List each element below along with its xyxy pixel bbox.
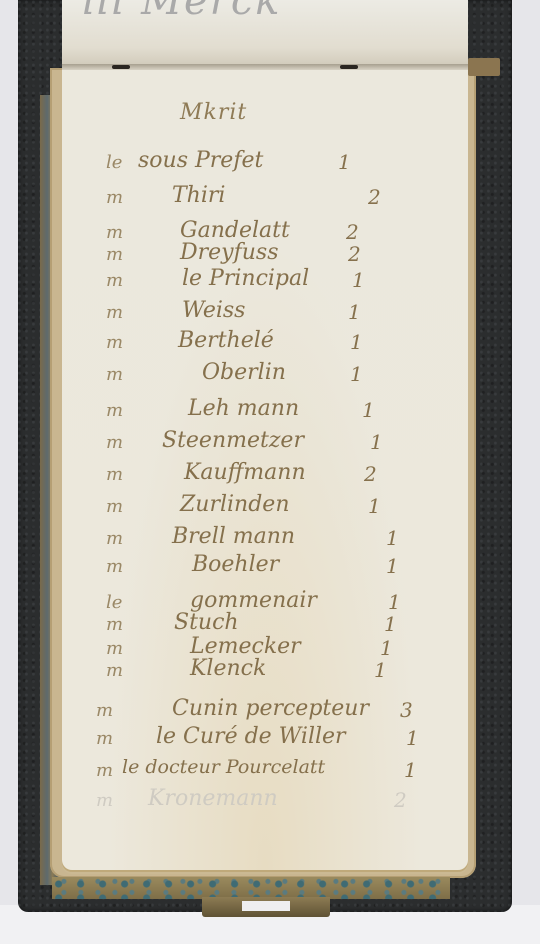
entry-title: m [106, 464, 123, 485]
entry-name: Steenmetzer [162, 428, 304, 453]
list-item: m Kauffmann 2 [62, 460, 468, 488]
entry-count: 1 [348, 300, 361, 324]
list-item: m Dreyfuss 2 [62, 240, 468, 268]
list-item: m Thiri 2 [62, 183, 468, 211]
entry-count: 1 [406, 726, 419, 750]
entry-count: 1 [386, 554, 399, 578]
list-item-faint: m Kronemann 2 [62, 786, 468, 814]
entry-title: m [96, 728, 113, 749]
entry-title: m [96, 760, 113, 781]
entry-name: Kauffmann [184, 460, 306, 485]
list-item: m Klenck 1 [62, 656, 468, 684]
binding-tab [468, 58, 500, 76]
entry-count: 2 [368, 185, 381, 209]
entry-title: m [96, 790, 113, 811]
entry-count: 2 [394, 788, 407, 812]
entry-count: 1 [352, 268, 365, 292]
metal-clasp [202, 897, 330, 917]
entry-count: 2 [364, 462, 377, 486]
entry-name: Cunin percepteur [172, 696, 369, 721]
entry-count: 2 [348, 242, 361, 266]
entry-title: m [106, 614, 123, 635]
entry-name: le Curé de Willer [156, 724, 346, 749]
entry-count: 1 [362, 398, 375, 422]
list-item: m Boehler 1 [62, 552, 468, 580]
list-item: m le Curé de Willer 1 [62, 724, 468, 752]
entry-count: 1 [368, 494, 381, 518]
entry-title: m [106, 432, 123, 453]
entry-name: Boehler [192, 552, 279, 577]
entry-name: Thiri [172, 183, 225, 208]
entry-title: m [106, 660, 123, 681]
entry-name: Zurlinden [180, 492, 289, 517]
entry-title: m [106, 332, 123, 353]
list-item: m Zurlinden 1 [62, 492, 468, 520]
entry-name: Leh mann [188, 396, 299, 421]
entry-name: Brell mann [172, 524, 295, 549]
list-item: le sous Prefet 1 [62, 148, 468, 176]
previous-leaf-text: ill Merck [82, 0, 281, 24]
entry-count: 1 [338, 150, 351, 174]
list-item: m Oberlin 1 [62, 360, 468, 388]
entry-title: m [106, 244, 123, 265]
list-item: m Berthelé 1 [62, 328, 468, 356]
entry-title: m [106, 528, 123, 549]
entry-count: 1 [374, 658, 387, 682]
list-item: m Weiss 1 [62, 298, 468, 326]
entry-count: 1 [370, 430, 383, 454]
entry-name: Weiss [182, 298, 245, 323]
entry-title: le [106, 152, 122, 173]
entry-name: sous Prefet [138, 148, 263, 173]
binding-hole-right [340, 65, 358, 69]
entry-title: m [106, 364, 123, 385]
list-item: m le Principal 1 [62, 266, 468, 294]
entry-name: le docteur Pourcelatt [122, 756, 325, 778]
clasp-slot [242, 901, 290, 911]
entry-title: m [106, 302, 123, 323]
entry-count: 1 [404, 758, 417, 782]
entry-count: 3 [400, 698, 413, 722]
entry-count: 1 [350, 362, 363, 386]
entry-title: m [106, 187, 123, 208]
entry-name: Kronemann [148, 786, 278, 811]
previous-leaf: ill Merck [62, 0, 468, 68]
entry-name: Dreyfuss [180, 240, 279, 265]
entry-name: Klenck [190, 656, 266, 681]
entry-title: m [106, 400, 123, 421]
list-item: m Steenmetzer 1 [62, 428, 468, 456]
notebook-page: Mkrit le sous Prefet 1 m Thiri 2 m Gande… [62, 70, 468, 870]
entry-title: m [106, 496, 123, 517]
entry-count: 1 [384, 612, 397, 636]
entry-name: Oberlin [202, 360, 286, 385]
entry-title: m [106, 270, 123, 291]
entry-count: 1 [350, 330, 363, 354]
entry-name: Berthelé [178, 328, 274, 353]
binding-hole-left [112, 65, 130, 69]
list-item: m Leh mann 1 [62, 396, 468, 424]
list-item: m Cunin percepteur 3 [62, 696, 468, 724]
page-heading: Mkrit [180, 100, 247, 125]
entry-name: Stuch [174, 610, 239, 635]
list-item: m le docteur Pourcelatt 1 [62, 756, 468, 784]
list-item: m Brell mann 1 [62, 524, 468, 552]
entry-title: m [106, 556, 123, 577]
entry-title: m [96, 700, 113, 721]
marbled-edge-bottom [52, 877, 450, 899]
entry-name: le Principal [182, 266, 309, 291]
entry-count: 1 [386, 526, 399, 550]
